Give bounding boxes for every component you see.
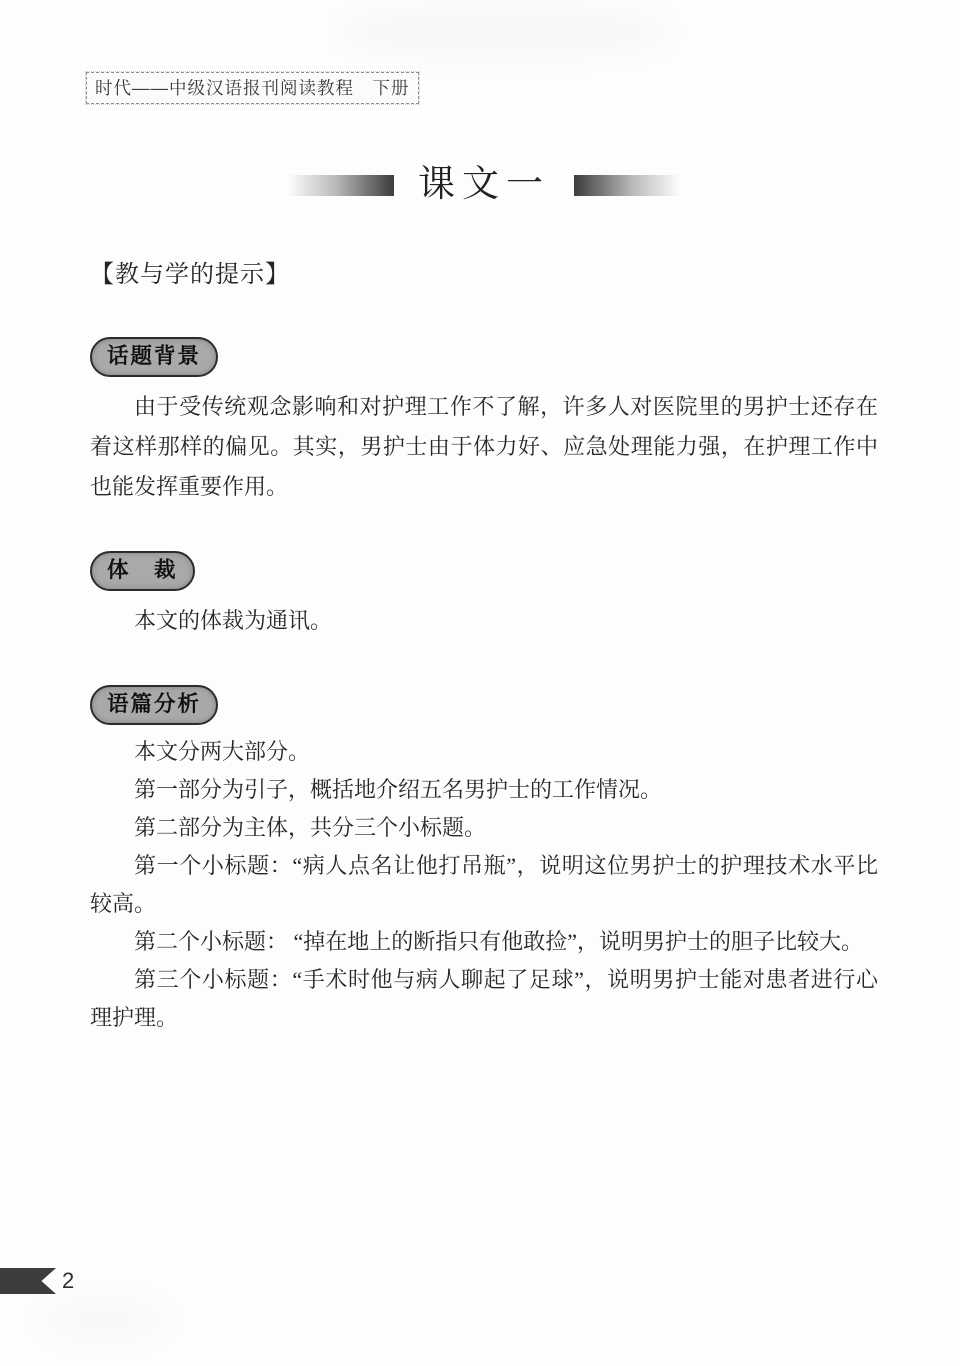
section-genre: 体 裁 本文的体裁为通讯。 xyxy=(90,551,878,641)
paragraph: 本文的体裁为通讯。 xyxy=(90,601,878,641)
paragraph: 第一部分为引子，概括地介绍五名男护士的工作情况。 xyxy=(90,771,878,809)
page-number-tab-icon xyxy=(0,1268,56,1294)
discourse-analysis-badge: 语篇分析 xyxy=(90,685,218,725)
lesson-title-row: 课文一 xyxy=(90,162,878,208)
topic-background-badge: 话题背景 xyxy=(90,337,218,377)
paragraph: 第二个小标题： “掉在地上的断指只有他敢捡”，说明男护士的胆子比较大。 xyxy=(90,923,878,961)
section-discourse-analysis: 语篇分析 本文分两大部分。 第一部分为引子，概括地介绍五名男护士的工作情况。 第… xyxy=(90,685,878,1037)
paragraph: 第一个小标题：“病人点名让他打吊瓶”，说明这位男护士的护理技术水平比较高。 xyxy=(90,847,878,923)
running-header-box: 时代——中级汉语报刊阅读教程 下册 xyxy=(86,72,419,104)
page-content: 时代——中级汉语报刊阅读教程 下册 课文一 【教与学的提示】 话题背景 由于受传… xyxy=(90,0,878,1037)
lesson-title: 课文一 xyxy=(410,162,558,208)
title-ornament-right xyxy=(574,175,680,196)
paragraph: 第三个小标题：“手术时他与病人聊起了足球”，说明男护士能对患者进行心理护理。 xyxy=(90,961,878,1037)
page-number: 2 xyxy=(62,1268,74,1294)
title-ornament-left xyxy=(288,175,394,196)
genre-badge: 体 裁 xyxy=(90,551,195,591)
paragraph: 本文分两大部分。 xyxy=(90,733,878,771)
paragraph: 第二部分为主体，共分三个小标题。 xyxy=(90,809,878,847)
footer-page-marker: 2 xyxy=(0,1268,74,1294)
scanned-textbook-page: 时代——中级汉语报刊阅读教程 下册 课文一 【教与学的提示】 话题背景 由于受传… xyxy=(0,0,960,1366)
teaching-tips-heading: 【教与学的提示】 xyxy=(90,254,878,289)
booklet-title: 时代——中级汉语报刊阅读教程 下册 xyxy=(95,78,410,98)
scan-artifact xyxy=(40,1300,170,1340)
section-topic-background: 话题背景 由于受传统观念影响和对护理工作不了解，许多人对医院里的男护士还存在着这… xyxy=(90,337,878,507)
paragraph: 由于受传统观念影响和对护理工作不了解，许多人对医院里的男护士还存在着这样那样的偏… xyxy=(90,387,878,507)
